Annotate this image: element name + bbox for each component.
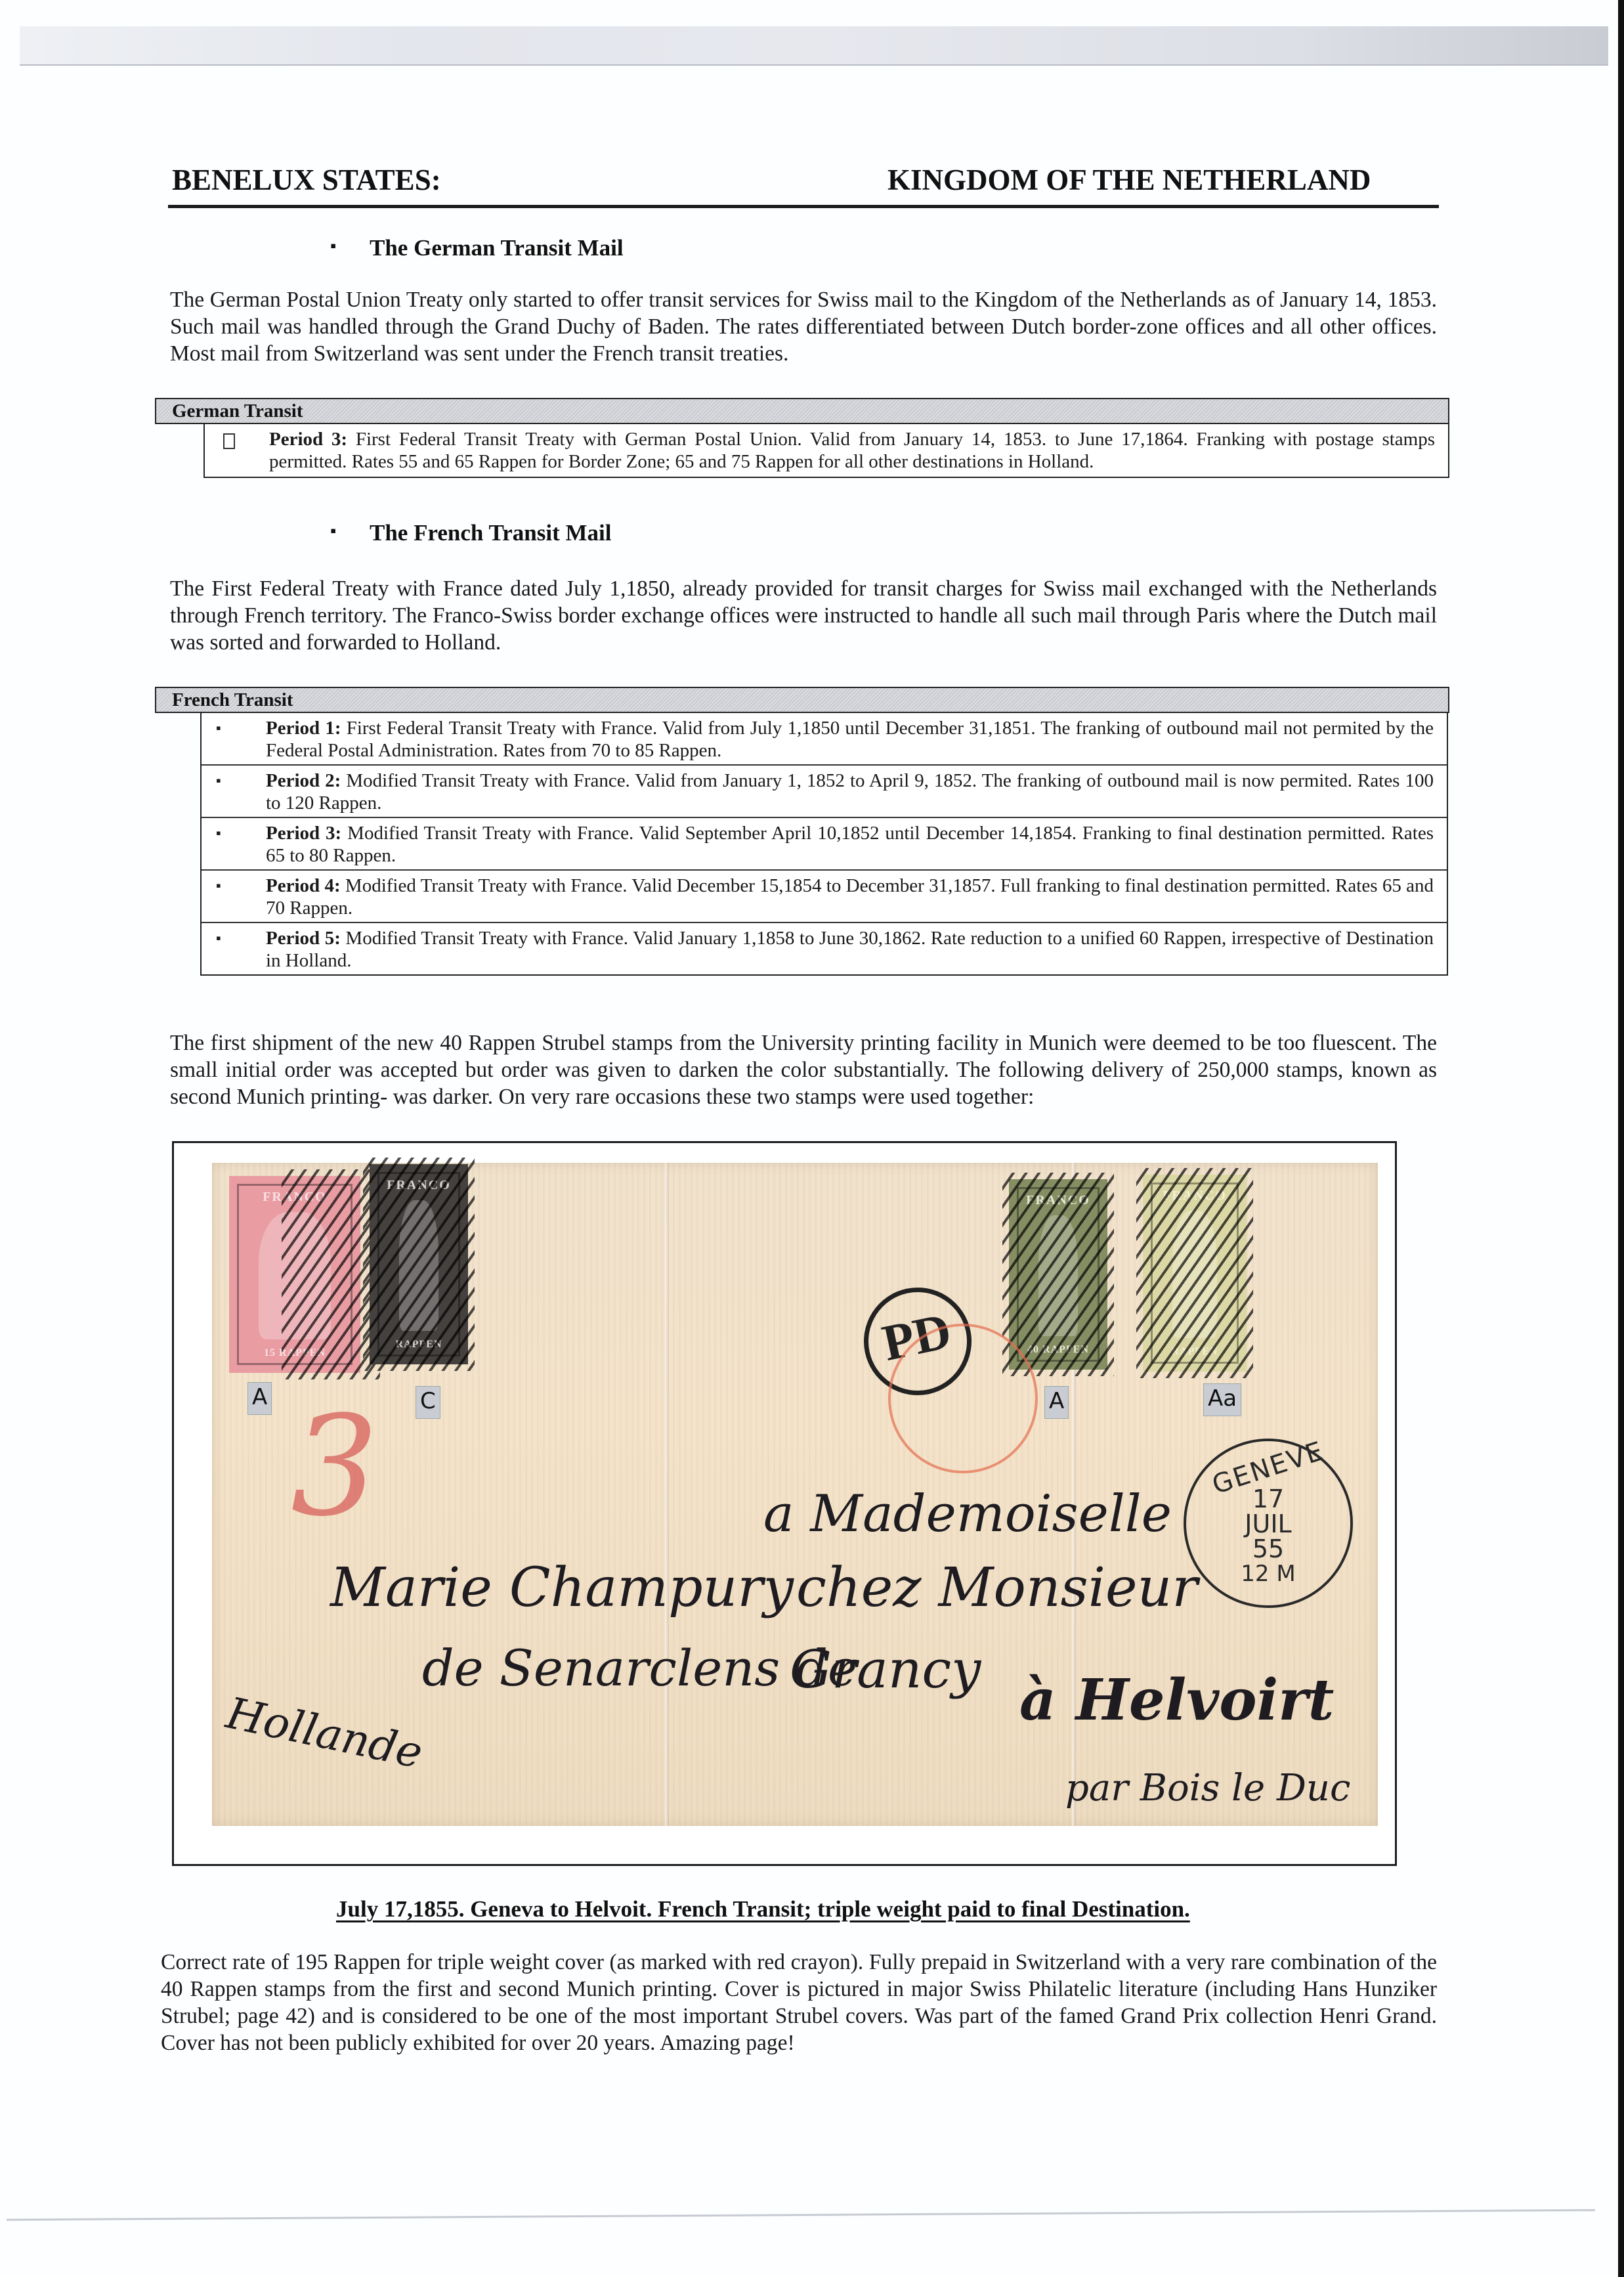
bullet-icon: ▪: [330, 521, 336, 541]
section-title: BENELUX STATES:: [172, 163, 441, 197]
cover-description: Correct rate of 195 Rappen for triple we…: [161, 1949, 1437, 2056]
country-title: KINGDOM OF THE NETHERLAND: [887, 163, 1371, 197]
bullet-icon: ▪: [216, 717, 221, 739]
german-transit-paragraph: The German Postal Union Treaty only star…: [170, 286, 1437, 367]
period-label: Period 1:: [266, 718, 341, 739]
period-label: Period 3:: [269, 429, 347, 450]
cover-image-frame: FRANCO 15 RAPPEN FRANCO RAPPEN FRANCO 40…: [172, 1141, 1397, 1866]
scanner-edge-bottom: [7, 2209, 1595, 2221]
header-rule: [168, 205, 1439, 208]
period-text: First Federal Transit Treaty with France…: [266, 718, 1434, 761]
french-transit-table-header: French Transit: [155, 687, 1449, 713]
red-crayon-rate-mark: 3: [291, 1386, 379, 1547]
period-text: Modified Transit Treaty with France. Val…: [266, 770, 1434, 813]
period-label: Period 3:: [266, 823, 341, 844]
bullet-icon: ▪: [330, 236, 336, 256]
stamp-15-rappen-rose: FRANCO 15 RAPPEN: [229, 1176, 360, 1373]
cover-envelope: FRANCO 15 RAPPEN FRANCO RAPPEN FRANCO 40…: [212, 1163, 1378, 1826]
period-text: Modified Transit Treaty with France. Val…: [266, 928, 1434, 971]
german-transit-heading-text: The German Transit Mail: [370, 235, 624, 261]
address-line-3b: Grancy: [790, 1639, 981, 1700]
table-row: ▪ Period 4: Modified Transit Treaty with…: [202, 869, 1447, 922]
address-care-of: chez Monsieur: [796, 1557, 1198, 1619]
period-label: Period 4:: [266, 875, 341, 896]
grid-cancel: [1136, 1168, 1253, 1378]
german-transit-heading: ▪ The German Transit Mail: [370, 235, 624, 261]
french-transit-table: ▪ Period 1: First Federal Transit Treaty…: [200, 713, 1448, 976]
scanner-edge-top: [20, 26, 1608, 66]
period-label: Period 5:: [266, 928, 341, 949]
geneve-postmark: GENEVE 17 JUIL 55 12 M: [1184, 1439, 1353, 1608]
french-transit-heading: ▪ The French Transit Mail: [370, 520, 611, 546]
postmark-year: 55: [1186, 1534, 1350, 1563]
strubel-paragraph: The first shipment of the new 40 Rappen …: [170, 1030, 1437, 1110]
address-country: Hollande: [222, 1687, 427, 1778]
stamp-tag: A: [1044, 1386, 1069, 1419]
bullet-icon: ▪: [216, 822, 221, 844]
french-transit-heading-text: The French Transit Mail: [370, 520, 611, 546]
stamp-tag: C: [416, 1386, 440, 1419]
german-transit-table-header: German Transit: [155, 398, 1449, 424]
table-row: ▪ Period 3: Modified Transit Treaty with…: [202, 817, 1447, 869]
scanner-edge-right: [1618, 0, 1624, 2277]
stamp-40-rappen-second-printing: FRANCO RAPPEN: [1143, 1175, 1247, 1372]
grid-cancel: [363, 1158, 475, 1371]
german-transit-table: Period 3: First Federal Transit Treaty w…: [203, 424, 1449, 478]
stamp-black: FRANCO RAPPEN: [370, 1164, 468, 1364]
period-label: Period 2:: [266, 770, 341, 791]
postmark-hour: 12 M: [1186, 1561, 1350, 1587]
address-recipient: Marie Champury: [330, 1557, 794, 1619]
address-via: par Bois le Duc: [1065, 1767, 1350, 1810]
table-row: Period 3: First Federal Transit Treaty w…: [205, 424, 1448, 477]
period-text: Modified Transit Treaty with France. Val…: [266, 823, 1434, 866]
address-destination: à Helvoirt: [1019, 1667, 1334, 1733]
french-transit-paragraph: The First Federal Treaty with France dat…: [170, 575, 1437, 656]
table-row: ▪ Period 1: First Federal Transit Treaty…: [202, 713, 1447, 764]
stamp-tag: A: [247, 1382, 272, 1415]
bullet-icon: ▪: [216, 770, 221, 792]
address-line-1: a Mademoiselle: [763, 1485, 1172, 1544]
bullet-icon: ▪: [216, 927, 221, 949]
grid-cancel: [1002, 1173, 1114, 1376]
period-text: First Federal Transit Treaty with German…: [269, 429, 1435, 472]
table-row: ▪ Period 5: Modified Transit Treaty with…: [202, 922, 1447, 974]
stamp-40-rappen-green-first-printing: FRANCO 40 RAPPEN: [1009, 1179, 1107, 1370]
bullet-icon: ▪: [216, 875, 221, 897]
cover-caption: July 17,1855. Geneva to Helvoit. French …: [336, 1896, 1190, 1922]
checkbox-icon: [223, 433, 235, 449]
envelope-fold: [665, 1163, 669, 1826]
period-text: Modified Transit Treaty with France. Val…: [266, 875, 1434, 919]
table-row: ▪ Period 2: Modified Transit Treaty with…: [202, 764, 1447, 817]
stamp-tag: Aa: [1203, 1383, 1241, 1416]
red-transit-postmark: [888, 1324, 1038, 1473]
